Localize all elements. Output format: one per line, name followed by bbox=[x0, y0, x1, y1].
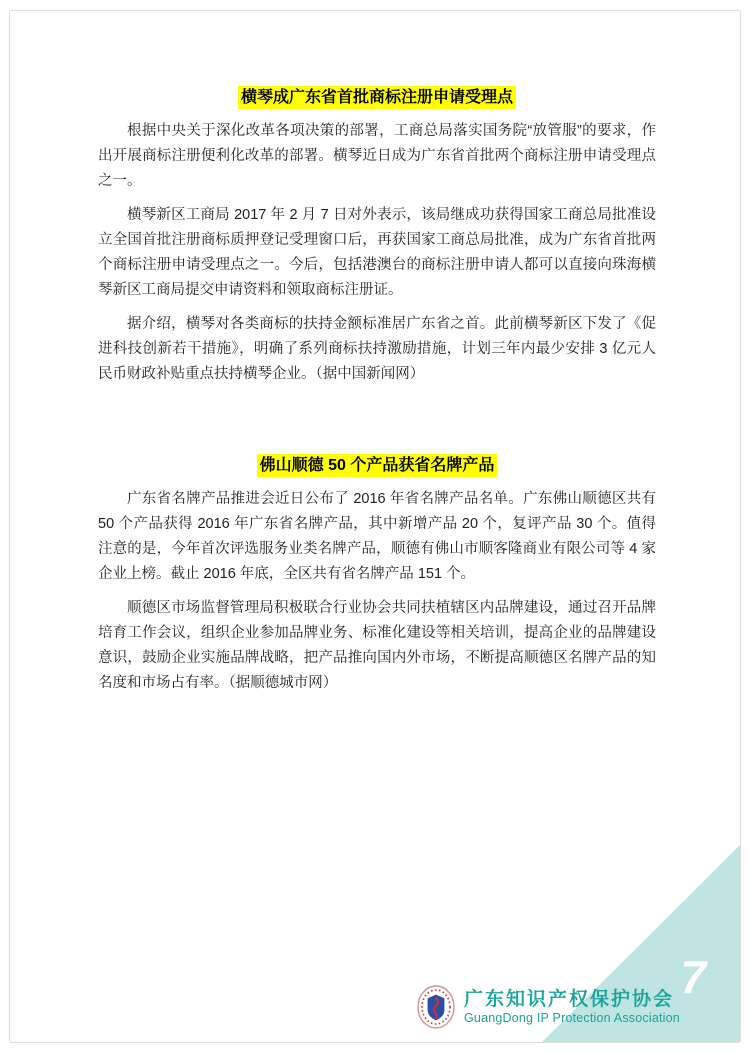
gdipa-badge-icon bbox=[417, 985, 455, 1029]
paragraph: 据介绍，横琴对各类商标的扶持金额标准居广东省之首。此前横琴新区下发了《促进科技创… bbox=[98, 312, 656, 387]
section-heading-row: 佛山顺德 50 个产品获省名牌产品 bbox=[98, 454, 656, 477]
footer-org-names: 广东知识产权保护协会 GuangDong IP Protection Assoc… bbox=[464, 988, 680, 1026]
footer: 广东知识产权保护协会 GuangDong IP Protection Assoc… bbox=[417, 985, 680, 1029]
org-name-english: GuangDong IP Protection Association bbox=[464, 1011, 680, 1026]
section-shunde: 佛山顺德 50 个产品获省名牌产品 广东省名牌产品推进会近日公布了 2016 年… bbox=[98, 454, 656, 696]
paragraph: 广东省名牌产品推进会近日公布了 2016 年省名牌产品名单。广东佛山顺德区共有 … bbox=[98, 487, 656, 587]
paragraph: 顺德区市场监督管理局积极联合行业协会共同扶植辖区内品牌建设，通过召开品牌培育工作… bbox=[98, 596, 656, 696]
section-title-hengqin: 横琴成广东省首批商标注册申请受理点 bbox=[238, 86, 516, 109]
org-name-chinese: 广东知识产权保护协会 bbox=[464, 988, 680, 1011]
page-content: 横琴成广东省首批商标注册申请受理点 根据中央关于深化改革各项决策的部署，工商总局… bbox=[98, 86, 656, 705]
section-title-shunde: 佛山顺德 50 个产品获省名牌产品 bbox=[257, 454, 498, 477]
section-hengqin: 横琴成广东省首批商标注册申请受理点 根据中央关于深化改革各项决策的部署，工商总局… bbox=[98, 86, 656, 387]
paragraph: 根据中央关于深化改革各项决策的部署，工商总局落实国务院“放管服”的要求，作出开展… bbox=[98, 119, 656, 194]
page-number: 7 bbox=[680, 954, 706, 1000]
paragraph: 横琴新区工商局 2017 年 2 月 7 日对外表示，该局继成功获得国家工商总局… bbox=[98, 203, 656, 303]
document-page: 横琴成广东省首批商标注册申请受理点 根据中央关于深化改革各项决策的部署，工商总局… bbox=[9, 10, 741, 1043]
section-heading-row: 横琴成广东省首批商标注册申请受理点 bbox=[98, 86, 656, 109]
